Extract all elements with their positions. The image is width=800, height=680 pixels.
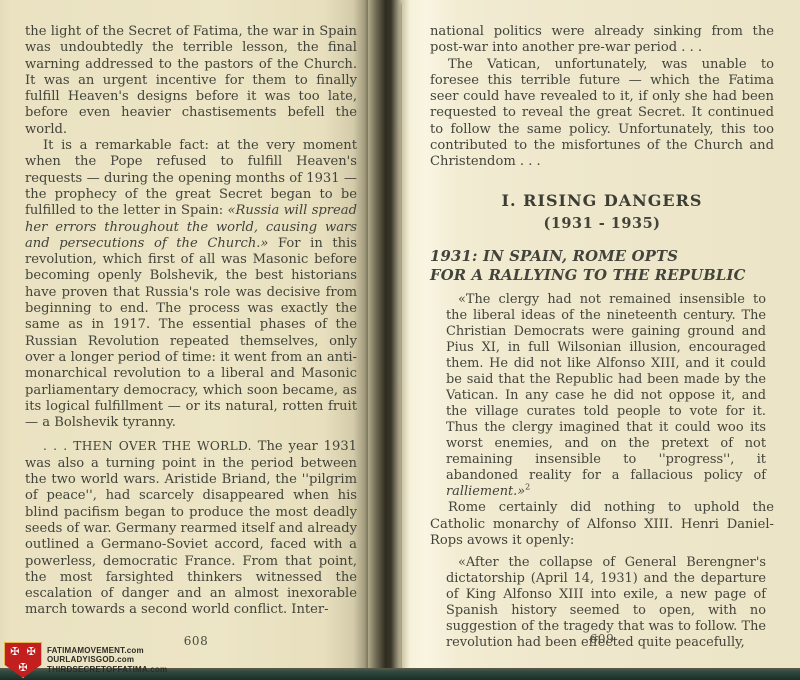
paragraph: Rome certainly did nothing to uphold the…	[430, 500, 774, 549]
section-heading: 1931: IN SPAIN, ROME OPTS FOR A RALLYING…	[430, 247, 774, 285]
cross-icon: ✠	[23, 647, 39, 657]
page-right: national politics were already sinking f…	[402, 0, 800, 670]
cross-icon: ✠	[7, 647, 23, 657]
paragraph-text: For in this revolution, which first of a…	[25, 236, 357, 430]
watermark-line: THIRDSECRETOFFATIMA.com	[47, 665, 167, 675]
paragraph-text: national politics were already sinking f…	[430, 24, 774, 55]
paragraph-continuation: national politics were already sinking f…	[430, 24, 774, 57]
paragraph-text: the light of the Secret of Fatima, the w…	[25, 24, 357, 137]
watermark-line: FATIMAMOVEMENT.com	[47, 646, 167, 656]
chapter-years: (1931 - 1935)	[430, 216, 774, 232]
paragraph: It is a remarkable fact: at the very mom…	[25, 138, 357, 431]
quote-italic-term: ralliement.»	[446, 484, 525, 499]
quote-text: «The clergy had not remained insensible …	[446, 292, 766, 483]
paragraph: . . . THEN OVER THE WORLD. The year 1931…	[25, 438, 357, 618]
book-gutter	[368, 0, 402, 670]
chapter-heading: I. RISING DANGERS	[430, 193, 774, 209]
cross-icon: ✠	[5, 663, 41, 673]
watermark-links: FATIMAMOVEMENT.com OURLADYISGOD.com THIR…	[47, 646, 167, 675]
paragraph: The Vatican, unfortunately, was unable t…	[430, 57, 774, 171]
page-number-left: 608	[166, 634, 226, 648]
paragraph-text: Rome certainly did nothing to uphold the…	[430, 500, 774, 548]
page-left: the light of the Secret of Fatima, the w…	[0, 0, 368, 670]
section-heading-line2: FOR A RALLYING TO THE REPUBLIC	[430, 266, 774, 285]
section-heading-line1: 1931: IN SPAIN, ROME OPTS	[430, 247, 774, 266]
watermark-line: OURLADYISGOD.com	[47, 655, 167, 665]
page-left-text: the light of the Secret of Fatima, the w…	[25, 24, 357, 619]
paragraph-text: The Vatican, unfortunately, was unable t…	[430, 57, 774, 170]
page-number-right: 609	[572, 632, 632, 646]
book-spread: the light of the Secret of Fatima, the w…	[0, 0, 800, 680]
shield-logo-icon: ✠✠✠	[4, 642, 42, 678]
footnote-marker: 2	[525, 483, 530, 492]
paragraph-continuation: the light of the Secret of Fatima, the w…	[25, 24, 357, 138]
block-quote: «The clergy had not remained insensible …	[446, 292, 766, 500]
small-caps-phrase: . . . THEN OVER THE WORLD.	[43, 439, 252, 453]
paragraph-text: The year 1931 was also a turning point i…	[25, 439, 357, 617]
page-right-text: national politics were already sinking f…	[430, 24, 774, 651]
watermark-logo: ✠✠✠ FATIMAMOVEMENT.com OURLADYISGOD.com …	[4, 642, 167, 678]
